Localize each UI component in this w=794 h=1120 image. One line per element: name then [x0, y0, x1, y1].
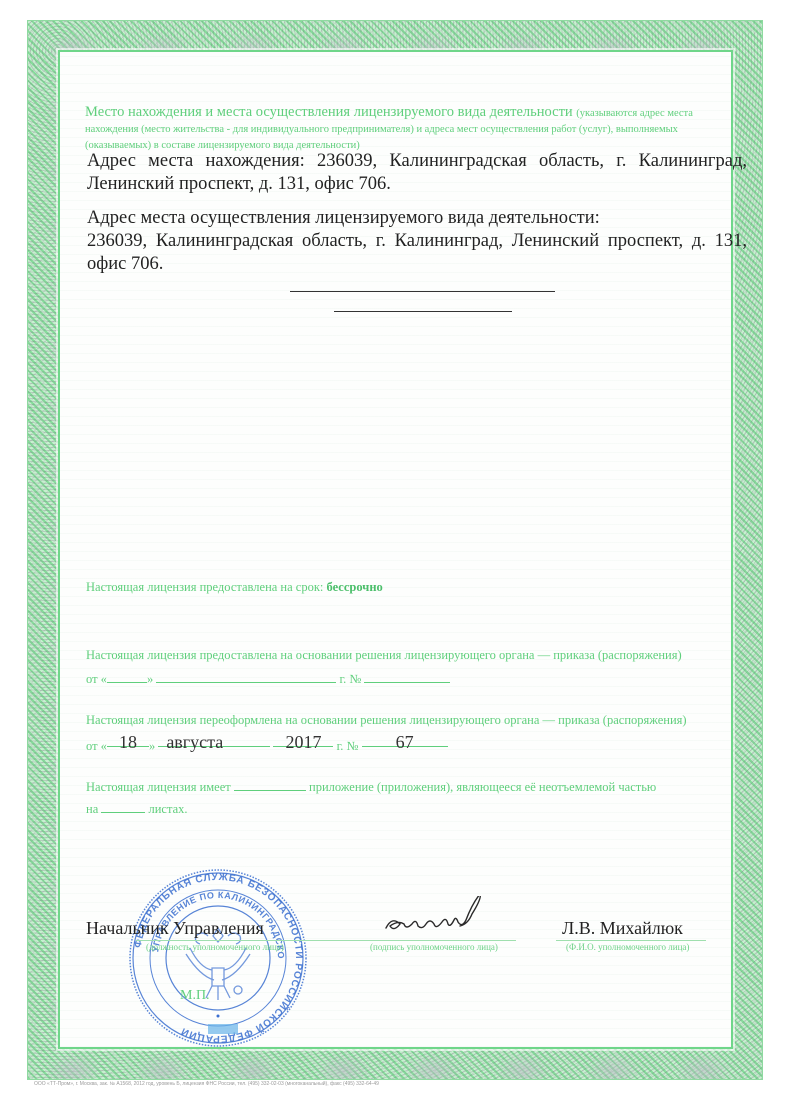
official-seal-icon: ФЕДЕРАЛЬНАЯ СЛУЖБА БЕЗОПАСНОСТИ РОССИЙСК…	[128, 868, 308, 1048]
granted-month-year	[156, 670, 336, 683]
signatory-position: Начальник Управления	[86, 918, 264, 939]
appendix-sheets-line: на листах.	[86, 800, 188, 817]
license-term: Настоящая лицензия предоставлена на срок…	[86, 580, 383, 595]
reissued-day-field: 18	[107, 734, 149, 747]
position-underline	[136, 940, 386, 941]
closing-rule-short	[334, 311, 512, 312]
term-value: бессрочно	[327, 580, 383, 594]
granted-year-suffix: г.	[339, 672, 346, 686]
reissued-month-field: августа	[158, 734, 270, 747]
address-activity-value: 236039, Калининградская область, г. Кали…	[87, 230, 747, 276]
reissued-number: 67	[396, 732, 414, 752]
signature-caption: (подпись уполномоченного лица)	[370, 942, 498, 952]
location-heading-main: Место нахождения и места осуществления л…	[85, 104, 573, 120]
reissued-close-quote: »	[149, 739, 155, 753]
appendix-count	[234, 778, 306, 791]
address-activity: Адрес места осуществления лицензируемого…	[87, 207, 747, 276]
closing-rule-long	[290, 291, 555, 292]
reissued-from: от «	[86, 739, 107, 753]
printer-imprint: ООО «ТТ-Пром», г. Москва, зак. № А1568, …	[34, 1081, 379, 1087]
granted-basis-details: от «» г. №	[86, 670, 450, 687]
stamp-place-mark: М.П.	[180, 988, 210, 1004]
reissued-number-sign: №	[347, 739, 359, 753]
reissued-year-suffix: г.	[337, 739, 344, 753]
name-caption: (Ф.И.О. уполномоченного лица)	[566, 942, 689, 952]
handwritten-signature-icon	[378, 896, 508, 941]
signatory-name: Л.В. Михайлюк	[562, 918, 683, 939]
reissued-month: августа	[166, 732, 223, 752]
sheets-prefix: на	[86, 802, 98, 816]
term-label: Настоящая лицензия предоставлена на срок…	[86, 580, 323, 594]
appendix-text-after: приложение (приложения), являющееся её н…	[309, 780, 656, 794]
address-location: Адрес места нахождения: 236039, Калининг…	[87, 150, 747, 196]
granted-day	[107, 670, 147, 683]
address-activity-label: Адрес места осуществления лицензируемого…	[87, 207, 747, 230]
name-underline	[556, 940, 706, 941]
granted-number	[364, 670, 450, 683]
reissued-year: 2017	[285, 732, 321, 752]
reissued-basis-label: Настоящая лицензия переоформлена на осно…	[86, 713, 687, 728]
granted-number-sign: №	[349, 672, 361, 686]
reissued-year-field: 2017	[273, 734, 333, 747]
sheets-suffix: листах.	[149, 802, 188, 816]
granted-close-quote: »	[147, 672, 153, 686]
position-caption: (должность уполномоченного лица)	[146, 942, 284, 952]
reissued-day: 18	[119, 732, 137, 752]
appendix-text-before: Настоящая лицензия имеет	[86, 780, 231, 794]
appendix-line: Настоящая лицензия имеет приложение (при…	[86, 778, 656, 795]
granted-basis-label: Настоящая лицензия предоставлена на осно…	[86, 648, 682, 663]
sheets-count	[101, 800, 145, 813]
reissued-basis-details: от «18» августа 2017 г. № 67	[86, 734, 448, 754]
granted-from: от «	[86, 672, 107, 686]
reissued-number-field: 67	[362, 734, 448, 747]
location-heading: Место нахождения и места осуществления л…	[85, 105, 715, 153]
